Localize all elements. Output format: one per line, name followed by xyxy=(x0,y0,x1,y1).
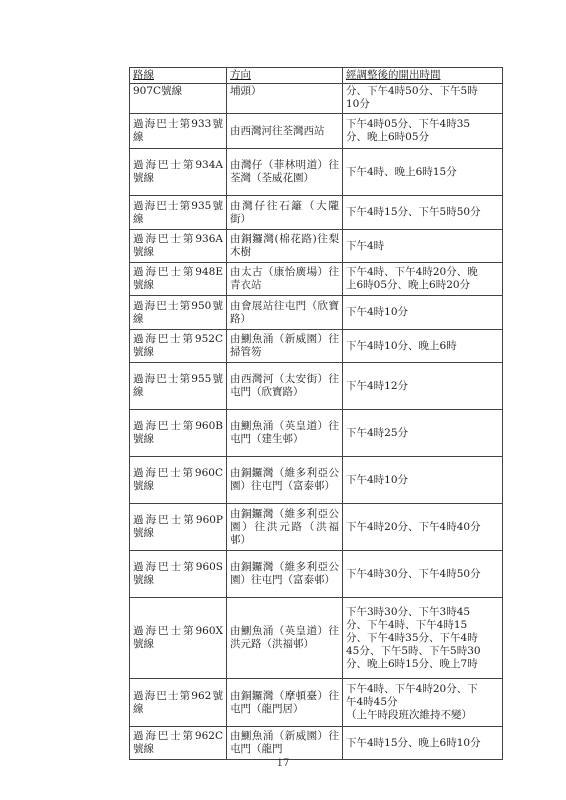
departure-time-line: 下午3時30分、下午3時45 xyxy=(346,606,499,619)
route-cell: 過海巴士第933號線 xyxy=(130,114,227,149)
table-row: 過海巴士第962C號線由鰂魚涌（新威園）往屯門（龍門下午4時15分、晚上6時10… xyxy=(130,727,503,760)
departure-time-line: 午4時45分 xyxy=(346,696,499,709)
departure-time-line: 下午4時20分、下午4時40分 xyxy=(346,521,499,534)
route-cell: 過海巴士第960B號線 xyxy=(130,410,227,457)
direction-cell: 由灣仔往石籬（大隴街） xyxy=(227,196,343,230)
departure-time-line: （上午時段班次維持不變） xyxy=(346,709,499,722)
departure-time-line: 下午4時15分、下午5時50分 xyxy=(346,206,499,219)
departure-time-line: 分、晚上6時05分 xyxy=(346,131,499,144)
table-row: 過海巴士第960B號線由鰂魚涌（英皇道）往屯門（建生邨）下午4時25分 xyxy=(130,410,503,457)
header-route: 路線 xyxy=(130,68,227,84)
departure-time-line: 10分 xyxy=(346,98,499,111)
table-row: 過海巴士第960P號線由銅鑼灣（維多利亞公園）往洪元路（洪福邨）下午4時20分、… xyxy=(130,504,503,551)
direction-cell: 由太古（康怡廣場）往青衣站 xyxy=(227,263,343,296)
departure-times-cell: 下午4時12分 xyxy=(343,363,503,410)
departure-times-cell: 下午4時10分 xyxy=(343,457,503,504)
header-adjusted-departure-times: 經調整後的開出時間 xyxy=(343,68,503,84)
route-cell: 過海巴士第950號線 xyxy=(130,296,227,330)
table-header-row: 路線 方向 經調整後的開出時間 xyxy=(130,68,503,84)
departure-time-line: 下午4時、晚上6時15分 xyxy=(346,166,499,179)
direction-cell: 由西灣河（太安街）往屯門（欣寶路） xyxy=(227,363,343,410)
header-direction: 方向 xyxy=(227,68,343,84)
route-cell: 過海巴士第935號線 xyxy=(130,196,227,230)
table-row: 過海巴士第935號線由灣仔往石籬（大隴街）下午4時15分、下午5時50分 xyxy=(130,196,503,230)
departure-time-line: 下午4時15分、晚上6時10分 xyxy=(346,737,499,750)
departure-times-cell: 下午4時20分、下午4時40分 xyxy=(343,504,503,551)
table-row: 907C號線埔頭）分、下午4時50分、下午5時10分 xyxy=(130,84,503,114)
table-row: 過海巴士第952C號線由鰂魚涌（新威園）往掃管笏下午4時10分、晚上6時 xyxy=(130,330,503,363)
route-cell: 過海巴士第948E號線 xyxy=(130,263,227,296)
departure-time-line: 分、下午4時50分、下午5時 xyxy=(346,85,499,98)
direction-cell: 由鰂魚涌（英皇道）往屯門（建生邨） xyxy=(227,410,343,457)
departure-time-line: 下午4時、下午4時20分、晚 xyxy=(346,266,499,279)
departure-times-cell: 分、下午4時50分、下午5時10分 xyxy=(343,84,503,114)
departure-time-line: 下午4時10分 xyxy=(346,306,499,319)
departure-time-line: 下午4時、下午4時20分、下 xyxy=(346,683,499,696)
direction-cell: 由銅鑼灣(棉花路)往梨木樹 xyxy=(227,230,343,263)
direction-cell: 埔頭） xyxy=(227,84,343,114)
departure-time-line: 下午4時25分 xyxy=(346,427,499,440)
table-row: 過海巴士第960C號線由銅鑼灣（維多利亞公園）往屯門（富泰邨）下午4時10分 xyxy=(130,457,503,504)
departure-times-cell: 下午4時05分、下午4時35分、晚上6時05分 xyxy=(343,114,503,149)
departure-times-cell: 下午4時、晚上6時15分 xyxy=(343,149,503,196)
direction-cell: 由西灣河往荃灣西站 xyxy=(227,114,343,149)
route-cell: 907C號線 xyxy=(130,84,227,114)
departure-times-cell: 下午4時30分、下午4時50分 xyxy=(343,551,503,598)
departure-times-cell: 下午4時10分、晚上6時 xyxy=(343,330,503,363)
route-cell: 過海巴士第934A號線 xyxy=(130,149,227,196)
route-cell: 過海巴士第955號線 xyxy=(130,363,227,410)
direction-cell: 由灣仔（菲林明道）往荃灣（荃威花園） xyxy=(227,149,343,196)
route-cell: 過海巴士第936A號線 xyxy=(130,230,227,263)
departure-time-line: 下午4時 xyxy=(346,240,499,253)
departure-time-line: 分、下午4時35分、下午4時 xyxy=(346,632,499,645)
table-row: 過海巴士第960S號線由銅鑼灣（維多利亞公園）往屯門（富泰邨）下午4時30分、下… xyxy=(130,551,503,598)
departure-times-cell: 下午4時10分 xyxy=(343,296,503,330)
departure-time-line: 45分、下午5時、下午5時30 xyxy=(346,645,499,658)
route-cell: 過海巴士第952C號線 xyxy=(130,330,227,363)
direction-cell: 由銅鑼灣（維多利亞公園）往洪元路（洪福邨） xyxy=(227,504,343,551)
departure-times-cell: 下午4時15分、晚上6時10分 xyxy=(343,727,503,760)
table-row: 過海巴士第960X號線由鰂魚涌（英皇道）往洪元路（洪福邨）下午3時30分、下午3… xyxy=(130,598,503,679)
departure-time-line: 分、下午4時、下午4時15 xyxy=(346,619,499,632)
table-row: 過海巴士第950號線由會展站往屯門（欣寶路）下午4時10分 xyxy=(130,296,503,330)
direction-cell: 由銅鑼灣（維多利亞公園）往屯門（富泰邨） xyxy=(227,457,343,504)
departure-time-line: 分、晚上6時15分、晚上7時 xyxy=(346,658,499,671)
table-row: 過海巴士第955號線由西灣河（太安街）往屯門（欣寶路）下午4時12分 xyxy=(130,363,503,410)
departure-times-cell: 下午4時15分、下午5時50分 xyxy=(343,196,503,230)
departure-times-cell: 下午4時25分 xyxy=(343,410,503,457)
departure-time-line: 下午4時10分 xyxy=(346,474,499,487)
route-cell: 過海巴士第960C號線 xyxy=(130,457,227,504)
table-row: 過海巴士第948E號線由太古（康怡廣場）往青衣站下午4時、下午4時20分、晚上6… xyxy=(130,263,503,296)
departure-times-cell: 下午4時、下午4時20分、晚上6時05分、晚上6時20分 xyxy=(343,263,503,296)
route-cell: 過海巴士第960S號線 xyxy=(130,551,227,598)
departure-time-line: 下午4時05分、下午4時35 xyxy=(346,118,499,131)
direction-cell: 由銅鑼灣（維多利亞公園）往屯門（富泰邨） xyxy=(227,551,343,598)
departure-times-cell: 下午4時、下午4時20分、下午4時45分（上午時段班次維持不變） xyxy=(343,679,503,727)
departure-time-line: 下午4時10分、晚上6時 xyxy=(346,340,499,353)
direction-cell: 由鰂魚涌（新威園）往掃管笏 xyxy=(227,330,343,363)
page-number: 17 xyxy=(0,758,566,769)
direction-cell: 由鰂魚涌（新威園）往屯門（龍門 xyxy=(227,727,343,760)
table-row: 過海巴士第936A號線由銅鑼灣(棉花路)往梨木樹下午4時 xyxy=(130,230,503,263)
departure-times-cell: 下午4時 xyxy=(343,230,503,263)
bus-route-schedule-table: 路線 方向 經調整後的開出時間 907C號線埔頭）分、下午4時50分、下午5時1… xyxy=(129,67,503,760)
route-cell: 過海巴士第962C號線 xyxy=(130,727,227,760)
document-page: 路線 方向 經調整後的開出時間 907C號線埔頭）分、下午4時50分、下午5時1… xyxy=(0,0,566,800)
route-cell: 過海巴士第960X號線 xyxy=(130,598,227,679)
departure-times-cell: 下午3時30分、下午3時45分、下午4時、下午4時15分、下午4時35分、下午4… xyxy=(343,598,503,679)
direction-cell: 由銅鑼灣（摩頓臺）往屯門（龍門居） xyxy=(227,679,343,727)
route-cell: 過海巴士第962號線 xyxy=(130,679,227,727)
departure-time-line: 下午4時12分 xyxy=(346,380,499,393)
direction-cell: 由會展站往屯門（欣寶路） xyxy=(227,296,343,330)
table-row: 過海巴士第962號線由銅鑼灣（摩頓臺）往屯門（龍門居）下午4時、下午4時20分、… xyxy=(130,679,503,727)
table-row: 過海巴士第933號線由西灣河往荃灣西站下午4時05分、下午4時35分、晚上6時0… xyxy=(130,114,503,149)
route-cell: 過海巴士第960P號線 xyxy=(130,504,227,551)
direction-cell: 由鰂魚涌（英皇道）往洪元路（洪福邨） xyxy=(227,598,343,679)
departure-time-line: 上6時05分、晚上6時20分 xyxy=(346,279,499,292)
table-row: 過海巴士第934A號線由灣仔（菲林明道）往荃灣（荃威花園）下午4時、晚上6時15… xyxy=(130,149,503,196)
departure-time-line: 下午4時30分、下午4時50分 xyxy=(346,568,499,581)
